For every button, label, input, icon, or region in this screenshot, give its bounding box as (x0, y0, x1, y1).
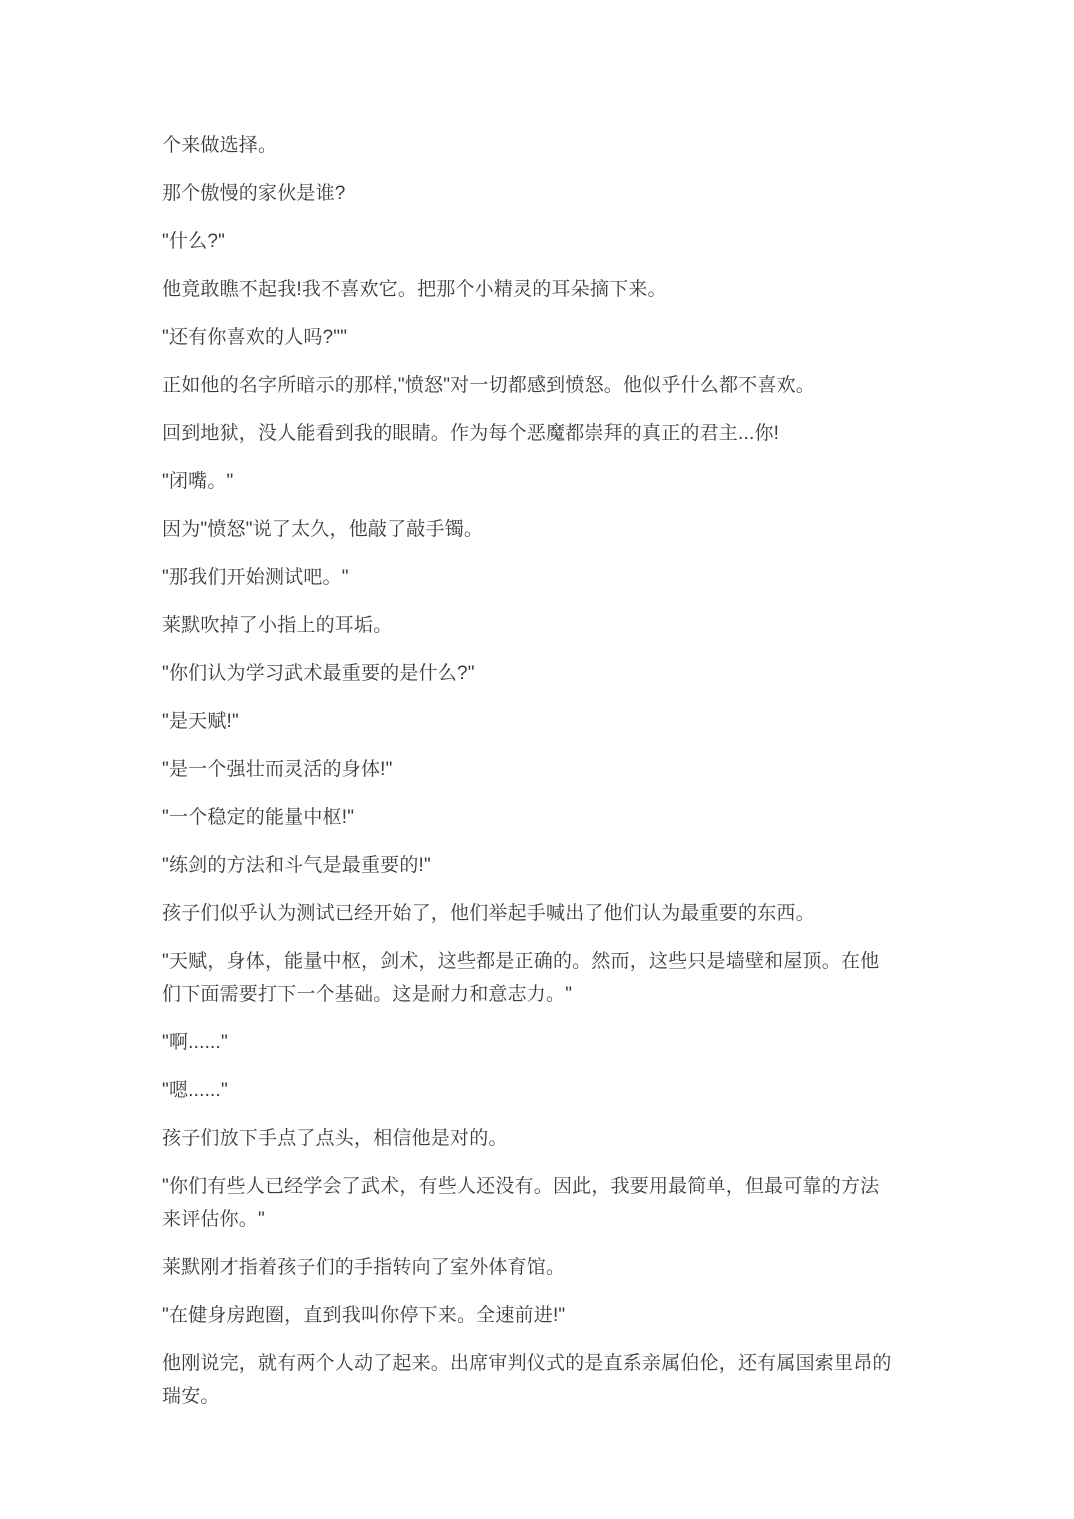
paragraph-line: "一个稳定的能量中枢!" (162, 801, 912, 834)
paragraph: "在健身房跑圈，直到我叫你停下来。全速前进!" (162, 1299, 912, 1332)
document-page: 个来做选择。那个傲慢的家伙是谁?"什么?"他竟敢瞧不起我!我不喜欢它。把那个小精… (0, 0, 1074, 1519)
paragraph: "啊......" (162, 1026, 912, 1059)
paragraph: "你们有些人已经学会了武术，有些人还没有。因此，我要用最简单，但最可靠的方法来评… (162, 1170, 912, 1236)
paragraph-line: "天赋，身体，能量中枢，剑术，这些都是正确的。然而，这些只是墙壁和屋顶。在他 (162, 945, 912, 978)
paragraph-line: 莱默刚才指着孩子们的手指转向了室外体育馆。 (162, 1251, 912, 1284)
paragraph: "一个稳定的能量中枢!" (162, 801, 912, 834)
paragraph-line: "啊......" (162, 1026, 912, 1059)
paragraph-line: "你们认为学习武术最重要的是什么?" (162, 657, 912, 690)
paragraph-line: "什么?" (162, 225, 912, 258)
paragraph-line: "是天赋!" (162, 705, 912, 738)
paragraph: 正如他的名字所暗示的那样,"愤怒"对一切都感到愤怒。他似乎什么都不喜欢。 (162, 369, 912, 402)
paragraph: 莱默刚才指着孩子们的手指转向了室外体育馆。 (162, 1251, 912, 1284)
paragraph: "是一个强壮而灵活的身体!" (162, 753, 912, 786)
paragraph: 因为"愤怒"说了太久，他敲了敲手镯。 (162, 513, 912, 546)
paragraph-line: 来评估你。" (162, 1203, 912, 1236)
paragraph: 莱默吹掉了小指上的耳垢。 (162, 609, 912, 642)
paragraph-line: 他竟敢瞧不起我!我不喜欢它。把那个小精灵的耳朵摘下来。 (162, 273, 912, 306)
paragraph-line: 个来做选择。 (162, 129, 912, 162)
paragraph-line: "还有你喜欢的人吗?"" (162, 321, 912, 354)
paragraph-line: 孩子们放下手点了点头，相信他是对的。 (162, 1122, 912, 1155)
paragraph-line: 那个傲慢的家伙是谁? (162, 177, 912, 210)
paragraph-line: "在健身房跑圈，直到我叫你停下来。全速前进!" (162, 1299, 912, 1332)
paragraph: 个来做选择。 (162, 129, 912, 162)
paragraph: "嗯......" (162, 1074, 912, 1107)
paragraph-line: 因为"愤怒"说了太久，他敲了敲手镯。 (162, 513, 912, 546)
paragraph: "还有你喜欢的人吗?"" (162, 321, 912, 354)
paragraph-line: 正如他的名字所暗示的那样,"愤怒"对一切都感到愤怒。他似乎什么都不喜欢。 (162, 369, 912, 402)
paragraph: "天赋，身体，能量中枢，剑术，这些都是正确的。然而，这些只是墙壁和屋顶。在他们下… (162, 945, 912, 1011)
paragraph-line: "练剑的方法和斗气是最重要的!" (162, 849, 912, 882)
paragraph-line: 们下面需要打下一个基础。这是耐力和意志力。" (162, 978, 912, 1011)
paragraph: "那我们开始测试吧。" (162, 561, 912, 594)
paragraph-line: 他刚说完，就有两个人动了起来。出席审判仪式的是直系亲属伯伦，还有属国索里昂的 (162, 1347, 912, 1380)
paragraph: "什么?" (162, 225, 912, 258)
paragraph-line: 孩子们似乎认为测试已经开始了，他们举起手喊出了他们认为最重要的东西。 (162, 897, 912, 930)
paragraph: "你们认为学习武术最重要的是什么?" (162, 657, 912, 690)
paragraph: "闭嘴。" (162, 465, 912, 498)
paragraph: 回到地狱，没人能看到我的眼睛。作为每个恶魔都崇拜的真正的君主...你! (162, 417, 912, 450)
paragraph: 孩子们似乎认为测试已经开始了，他们举起手喊出了他们认为最重要的东西。 (162, 897, 912, 930)
paragraph-line: "闭嘴。" (162, 465, 912, 498)
paragraph-line: "嗯......" (162, 1074, 912, 1107)
paragraph: 他竟敢瞧不起我!我不喜欢它。把那个小精灵的耳朵摘下来。 (162, 273, 912, 306)
text-content: 个来做选择。那个傲慢的家伙是谁?"什么?"他竟敢瞧不起我!我不喜欢它。把那个小精… (162, 129, 912, 1413)
paragraph: "练剑的方法和斗气是最重要的!" (162, 849, 912, 882)
paragraph-line: 莱默吹掉了小指上的耳垢。 (162, 609, 912, 642)
paragraph: 那个傲慢的家伙是谁? (162, 177, 912, 210)
paragraph-line: 瑞安。 (162, 1380, 912, 1413)
paragraph: 孩子们放下手点了点头，相信他是对的。 (162, 1122, 912, 1155)
paragraph-line: 回到地狱，没人能看到我的眼睛。作为每个恶魔都崇拜的真正的君主...你! (162, 417, 912, 450)
paragraph: "是天赋!" (162, 705, 912, 738)
paragraph-line: "是一个强壮而灵活的身体!" (162, 753, 912, 786)
paragraph-line: "那我们开始测试吧。" (162, 561, 912, 594)
paragraph: 他刚说完，就有两个人动了起来。出席审判仪式的是直系亲属伯伦，还有属国索里昂的瑞安… (162, 1347, 912, 1413)
paragraph-line: "你们有些人已经学会了武术，有些人还没有。因此，我要用最简单，但最可靠的方法 (162, 1170, 912, 1203)
